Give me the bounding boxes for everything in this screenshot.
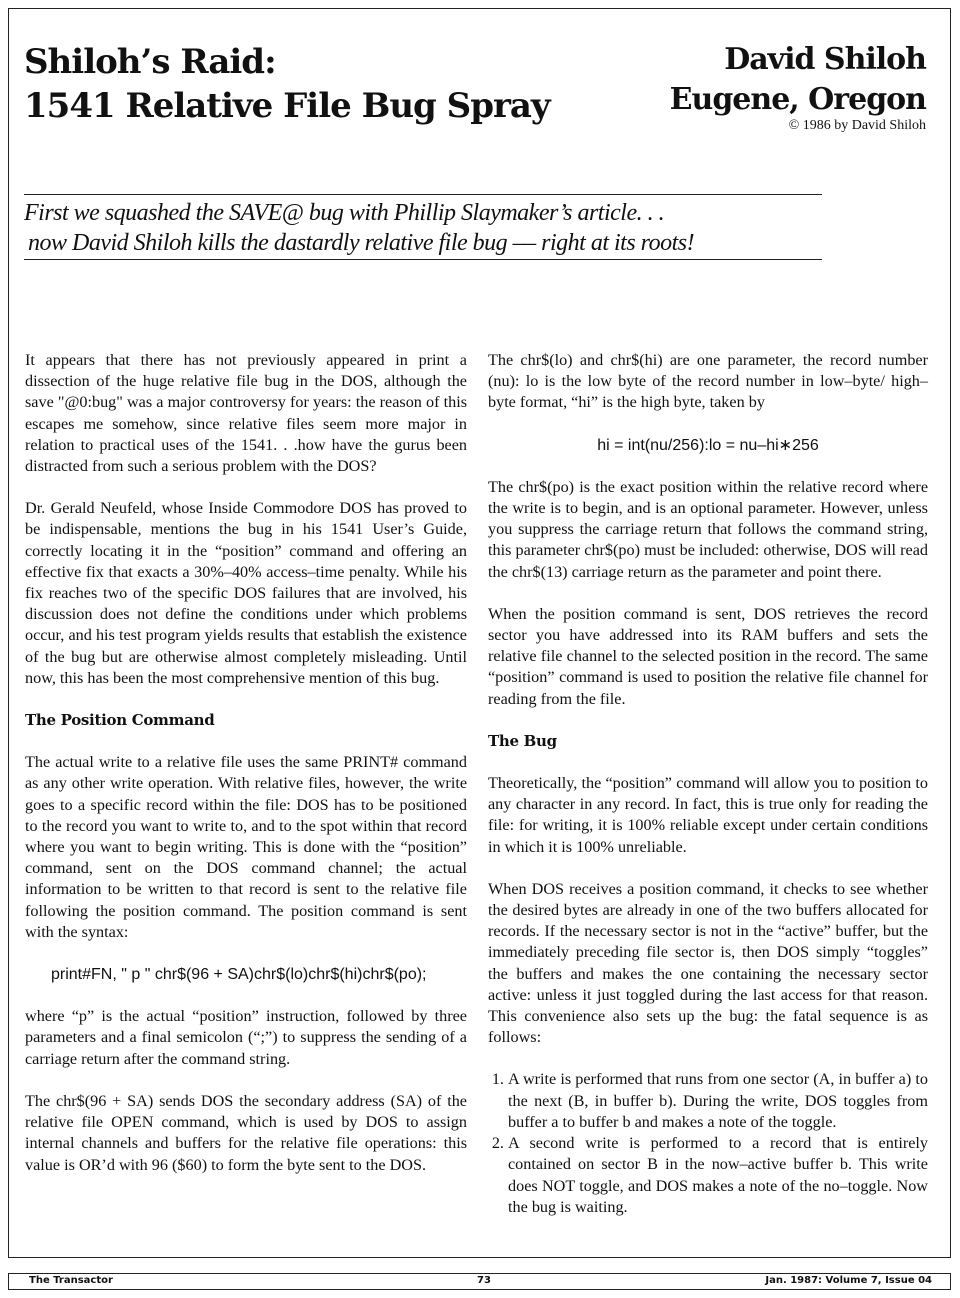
- bug-sequence-list: A write is performed that runs from one …: [488, 1069, 928, 1217]
- article-deck: First we squashed the SAVE@ bug with Phi…: [24, 198, 824, 258]
- title-line-1: Shiloh’s Raid:: [24, 40, 550, 84]
- section-heading-position-command: The Position Command: [25, 710, 467, 731]
- right-column: The chr$(lo) and chr$(hi) are one parame…: [488, 350, 928, 1218]
- paragraph: Theoretically, the “position” command wi…: [488, 773, 928, 858]
- code-syntax: print#FN, " p " chr$(96 + SA)chr$(lo)chr…: [25, 964, 467, 985]
- paragraph: The chr$(po) is the exact position withi…: [488, 477, 928, 583]
- footer-page-number: 73: [477, 1274, 491, 1288]
- author-block: David Shiloh Eugene, Oregon: [670, 40, 926, 120]
- title-line-2: 1541 Relative File Bug Spray: [24, 84, 550, 128]
- paragraph: where “p” is the actual “position” instr…: [25, 1006, 467, 1070]
- list-item: A second write is performed to a record …: [508, 1133, 928, 1218]
- deck-line-2: now David Shiloh kills the dastardly rel…: [24, 228, 824, 258]
- footer-issue: Jan. 1987: Volume 7, Issue 04: [765, 1274, 932, 1288]
- section-heading-the-bug: The Bug: [488, 731, 928, 752]
- paragraph: When DOS receives a position command, it…: [488, 879, 928, 1049]
- article-title: Shiloh’s Raid: 1541 Relative File Bug Sp…: [24, 40, 550, 128]
- paragraph: The chr$(lo) and chr$(hi) are one parame…: [488, 350, 928, 414]
- page-footer: The Transactor 73 Jan. 1987: Volume 7, I…: [8, 1273, 951, 1290]
- paragraph: The chr$(96 + SA) sends DOS the secondar…: [25, 1091, 467, 1176]
- deck-bottom-rule: [24, 259, 822, 260]
- formula: hi = int(nu/256):lo = nu–hi∗256: [488, 435, 928, 456]
- author-name: David Shiloh: [670, 40, 926, 80]
- paragraph: Dr. Gerald Neufeld, whose Inside Commodo…: [25, 498, 467, 689]
- paragraph: When the position command is sent, DOS r…: [488, 604, 928, 710]
- deck-line-1: First we squashed the SAVE@ bug with Phi…: [24, 198, 824, 228]
- paragraph: It appears that there has not previously…: [25, 350, 467, 477]
- author-location: Eugene, Oregon: [670, 80, 926, 120]
- copyright-notice: © 1986 by David Shiloh: [789, 118, 926, 134]
- list-item: A write is performed that runs from one …: [508, 1069, 928, 1133]
- left-column: It appears that there has not previously…: [25, 350, 467, 1197]
- paragraph: The actual write to a relative file uses…: [25, 752, 467, 943]
- deck-top-rule: [24, 194, 822, 195]
- footer-publication: The Transactor: [29, 1274, 113, 1288]
